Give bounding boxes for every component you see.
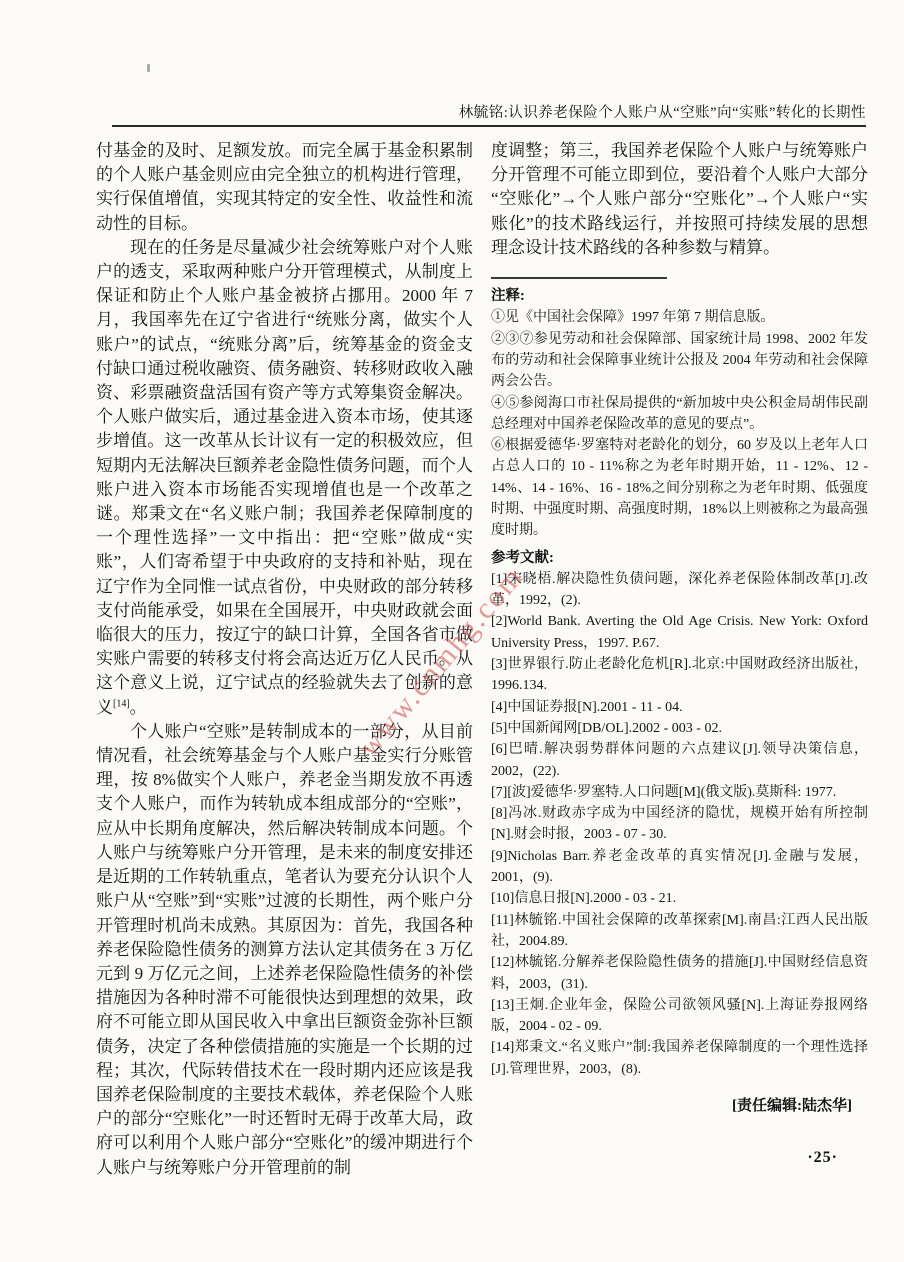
- header-rule: [112, 125, 866, 127]
- references-heading: 参考文献:: [491, 548, 868, 569]
- paragraph-text: 现在的任务是尽量减少社会统筹账户对个人账户的透支，采取两种账户分开管理模式，从制…: [96, 238, 473, 717]
- note-item: ⑥根据爱德华·罗塞特对老龄化的划分，60 岁及以上老年人口占总人口的 10 - …: [491, 435, 868, 541]
- paragraph: 度调整；第三，我国养老保险个人账户与统筹账户分开管理不可能立即到位，要沿着个人账…: [491, 139, 868, 260]
- reference-item: [3]世界银行.防止老龄化危机[R].北京:中国财政经济出版社，1996.134…: [491, 654, 868, 697]
- reference-item: [4]中国证券报[N].2001 - 11 - 04.: [491, 697, 868, 718]
- reference-item: [14]郑秉文.“名义账户”制:我国养老保障制度的一个理性选择[J].管理世界，…: [491, 1037, 868, 1080]
- scan-speck: [147, 64, 150, 72]
- paragraph: 个人账户“空账”是转制成本的一部分，从目前情况看，社会统筹基金与个人账户基金实行…: [96, 720, 473, 1180]
- scanned-paper-page: 林毓铭:认识养老保险个人账户从“空账”向“实账”转化的长期性 付基金的及时、足额…: [0, 0, 904, 1262]
- reference-item: [2]World Bank. Averting the Old Age Cris…: [491, 611, 868, 654]
- reference-item: [6]巴晴.解决弱势群体问题的六点建议[J].领导决策信息，2002，(22).: [491, 739, 868, 782]
- reference-item: [12]林毓铭.分解养老保险隐性债务的措施[J].中国财经信息资料，2003，(…: [491, 952, 868, 995]
- left-column: 付基金的及时、足额发放。而完全属于基金积累制的个人账户基金则应由完全独立的机构进…: [96, 139, 473, 1180]
- paragraph: 现在的任务是尽量减少社会统筹账户对个人账户的透支，采取两种账户分开管理模式，从制…: [96, 236, 473, 720]
- citation-superscript: [14]: [113, 698, 130, 709]
- reference-item: [5]中国新闻网[DB/OL].2002 - 003 - 02.: [491, 718, 868, 739]
- reference-item: [9]Nicholas Barr.养老金改革的真实情况[J].金融与发展，200…: [491, 846, 868, 889]
- reference-item: [11]林毓铭.中国社会保障的改革探索[M].南昌:江西人民出版社，2004.8…: [491, 910, 868, 953]
- notes-separator-rule: [491, 277, 667, 279]
- note-item: ②③⑦参见劳动和社会保障部、国家统计局 1998、2002 年发布的劳动和社会保…: [491, 329, 868, 393]
- paragraph: 付基金的及时、足额发放。而完全属于基金积累制的个人账户基金则应由完全独立的机构进…: [96, 139, 473, 236]
- editor-note: [责任编辑:陆杰华]: [491, 1094, 868, 1115]
- running-header: 林毓铭:认识养老保险个人账户从“空账”向“实账”转化的长期性: [459, 101, 866, 122]
- note-item: ④⑤参阅海口市社保局提供的“新加坡中央公积金局胡伟民副总经理对中国养老保险改革的…: [491, 393, 868, 436]
- right-column: 度调整；第三，我国养老保险个人账户与统筹账户分开管理不可能立即到位，要沿着个人账…: [491, 139, 868, 1115]
- page-number: ·25·: [807, 1149, 838, 1167]
- reference-item: [13]王炯.企业年金，保险公司欲领风骚[N].上海证券报网络版，2004 - …: [491, 995, 868, 1038]
- paragraph-text: 。: [130, 698, 147, 717]
- reference-item: [10]信息日报[N].2000 - 03 - 21.: [491, 888, 868, 909]
- notes-heading: 注释:: [491, 286, 868, 307]
- reference-item: [1]宋晓梧.解决隐性负债问题，深化养老保险体制改革[J].改革，1992，(2…: [491, 569, 868, 612]
- references-list: [1]宋晓梧.解决隐性负债问题，深化养老保险体制改革[J].改革，1992，(2…: [491, 569, 868, 1080]
- note-item: ①见《中国社会保障》1997 年第 7 期信息版。: [491, 307, 868, 328]
- notes-list: ①见《中国社会保障》1997 年第 7 期信息版。②③⑦参见劳动和社会保障部、国…: [491, 307, 868, 541]
- reference-item: [8]冯冰.财政赤字成为中国经济的隐忧，规模开始有所控制[N].财会时报，200…: [491, 803, 868, 846]
- reference-item: [7][波]爱德华·罗塞特.人口问题[M](俄文版).莫斯科: 1977.: [491, 782, 868, 803]
